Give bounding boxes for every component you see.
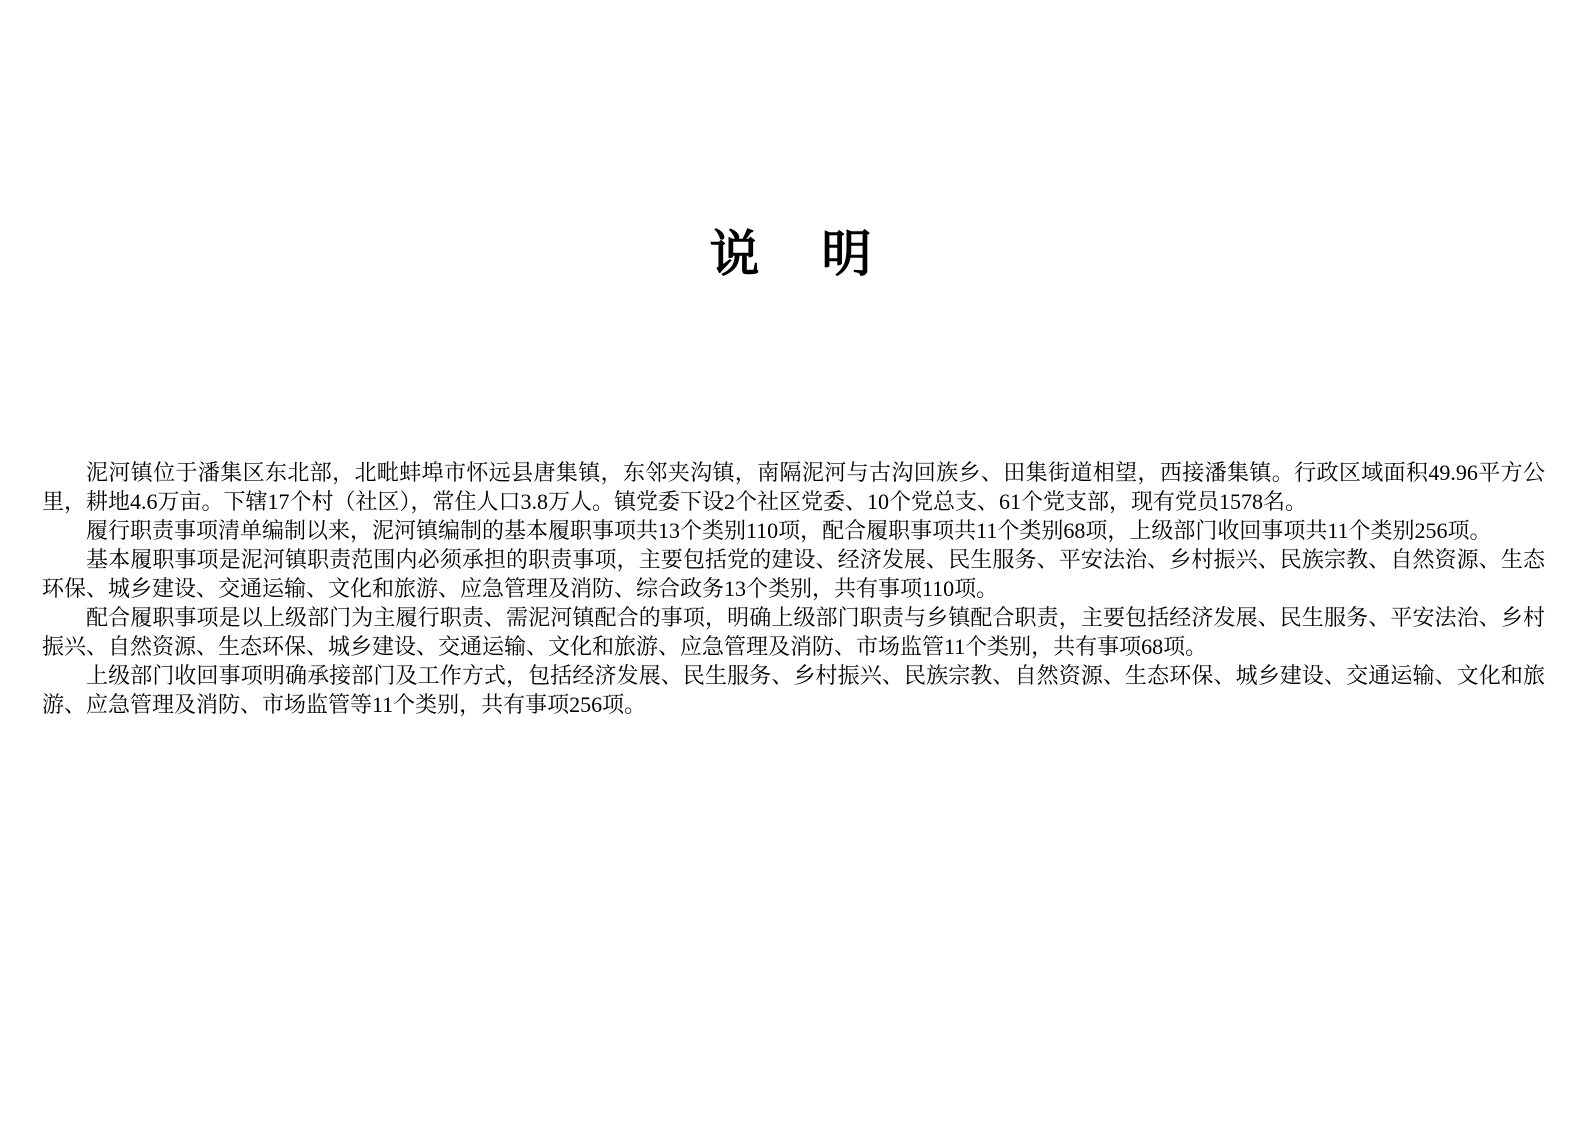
- paragraph-town-overview: 泥河镇位于潘集区东北部，北毗蚌埠市怀远县唐集镇，东邻夹沟镇，南隔泥河与古沟回族乡…: [42, 458, 1545, 516]
- document-page: 说 明 泥河镇位于潘集区东北部，北毗蚌埠市怀远县唐集镇，东邻夹沟镇，南隔泥河与古…: [0, 0, 1587, 1122]
- paragraph-cooperative-duties: 配合履职事项是以上级部门为主履行职责、需泥河镇配合的事项，明确上级部门职责与乡镇…: [42, 603, 1545, 661]
- document-body: 泥河镇位于潘集区东北部，北毗蚌埠市怀远县唐集镇，东邻夹沟镇，南隔泥河与古沟回族乡…: [0, 458, 1587, 719]
- paragraph-reclaimed-items: 上级部门收回事项明确承接部门及工作方式，包括经济发展、民生服务、乡村振兴、民族宗…: [42, 661, 1545, 719]
- document-title: 说 明: [0, 0, 1587, 282]
- paragraph-basic-duties: 基本履职事项是泥河镇职责范围内必须承担的职责事项，主要包括党的建设、经济发展、民…: [42, 545, 1545, 603]
- paragraph-list-summary: 履行职责事项清单编制以来，泥河镇编制的基本履职事项共13个类别110项，配合履职…: [42, 516, 1545, 545]
